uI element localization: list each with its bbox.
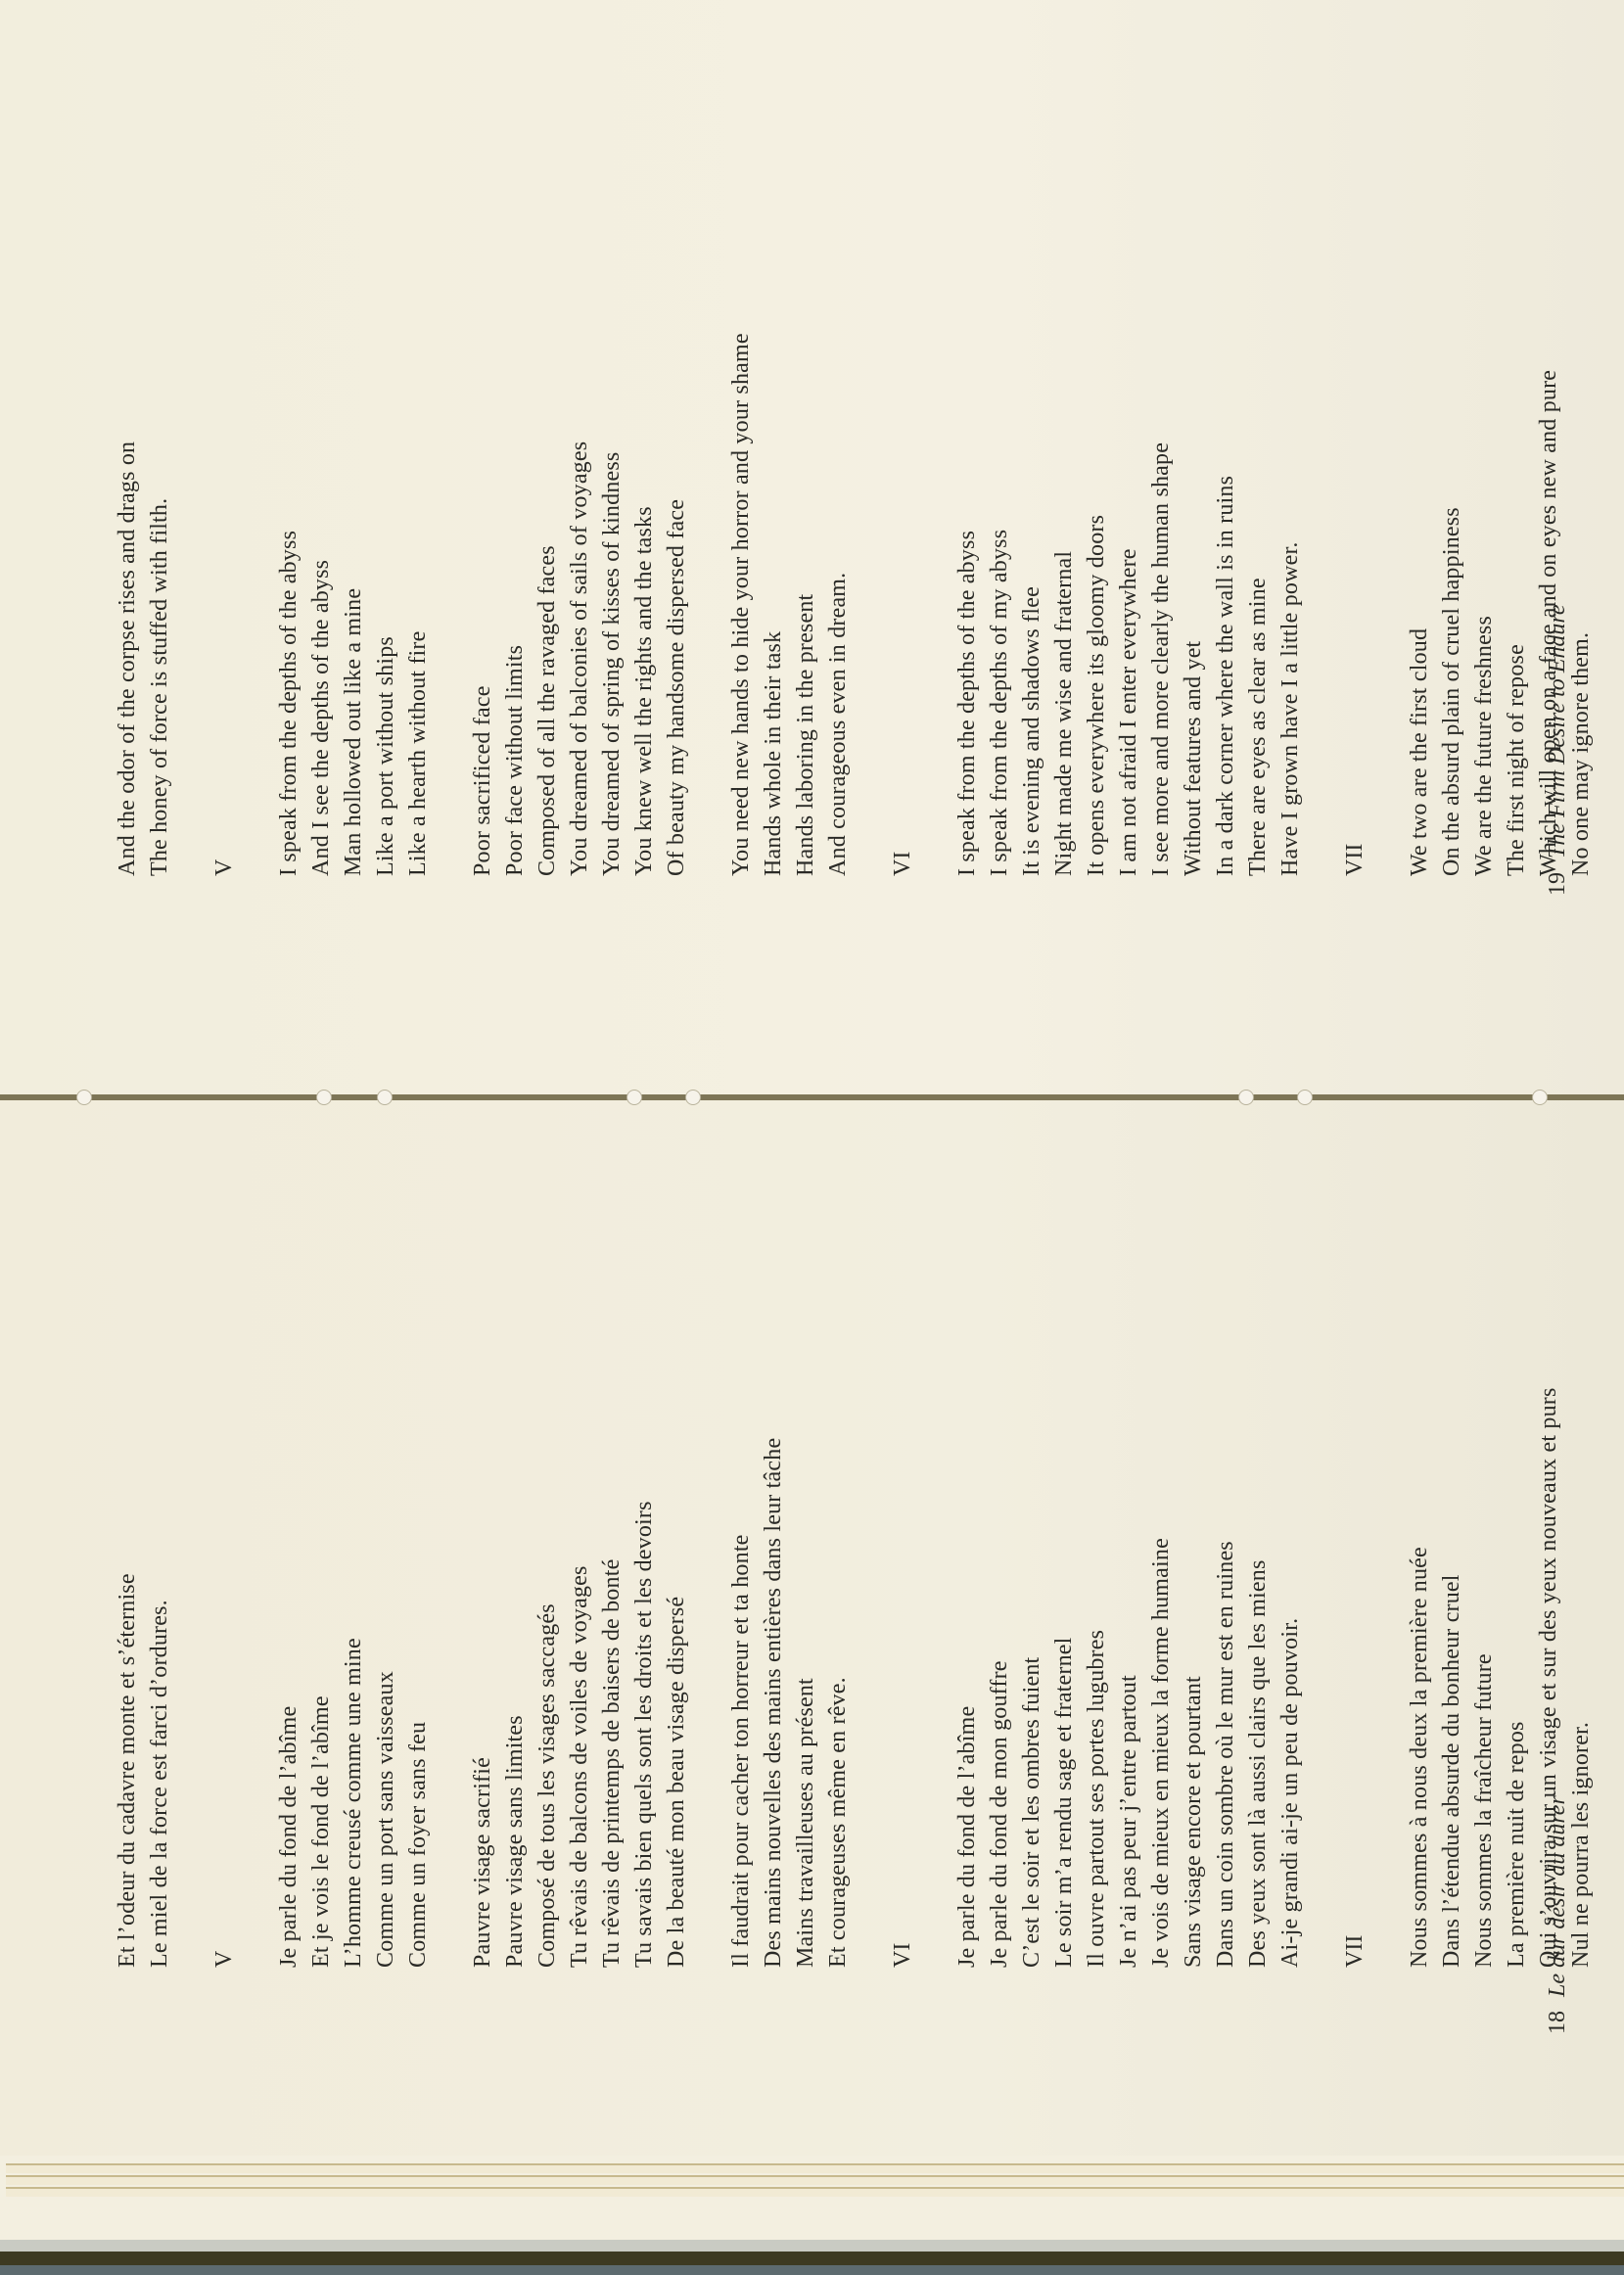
poem-line: Nous sommes la fraîcheur future: [1468, 1387, 1501, 1968]
section-numeral: VII: [1339, 1387, 1371, 1968]
stanza-gap: [855, 333, 887, 876]
page-number: 19: [1545, 872, 1570, 896]
poem-line: It opens everywhere its gloomy doors: [1081, 333, 1113, 876]
poem-line: And I see the depths of the abyss: [305, 333, 338, 876]
stitch-hole: [1238, 1090, 1254, 1105]
book-gutter: [0, 1094, 1624, 1100]
poem-line: Comme un port sans vaisseaux: [370, 1387, 402, 1968]
poem-line: Des mains nouvelles des mains entières d…: [758, 1387, 790, 1968]
poem-line: We two are the first cloud: [1404, 333, 1436, 876]
poem-line: Poor sacrificed face: [467, 333, 499, 876]
stanza-gap: [693, 333, 725, 876]
poem-line: Je parle du fond de l’abîme: [273, 1387, 305, 1968]
english-poem-text: And the odor of the corpse rises and dra…: [112, 333, 1598, 876]
stitch-hole: [1297, 1090, 1313, 1105]
poem-line: Night made me wise and fraternal: [1048, 333, 1081, 876]
poem-line: Il ouvre partout ses portes lugubres: [1081, 1387, 1113, 1968]
poem-line: La première nuit de repos: [1501, 1387, 1533, 1968]
poem-line: Composed of all the ravaged faces: [532, 333, 564, 876]
poem-line: Of beauty my handsome dispersed face: [661, 333, 693, 876]
poem-line: Have I grown have I a little power.: [1275, 333, 1307, 876]
poem-line: De la beauté mon beau visage dispersé: [661, 1387, 693, 1968]
poem-line: Like a hearth without fire: [402, 333, 435, 876]
poem-line: Nous sommes à nous deux la première nuée: [1404, 1387, 1436, 1968]
stitch-hole: [685, 1090, 701, 1105]
poem-line: Pauvre visage sacrifié: [467, 1387, 499, 1968]
stitch-hole: [377, 1090, 393, 1105]
poem-line: Ai-je grandi ai-je un peu de pouvoir.: [1275, 1387, 1307, 1968]
running-title: The Firm Desire to Endure: [1545, 604, 1570, 859]
poem-line: Pauvre visage sans limites: [499, 1387, 532, 1968]
scanner-bed: [0, 2265, 1624, 2275]
poem-line: I speak from the depths of the abyss: [273, 333, 305, 876]
book-cover-edge: [0, 2252, 1624, 2265]
stitch-hole: [1532, 1090, 1548, 1105]
stitch-hole: [76, 1090, 92, 1105]
poem-line: In a dark corner where the wall is in ru…: [1210, 333, 1242, 876]
poem-line: Hands whole in their task: [758, 333, 790, 876]
poem-line: Tu rêvais de printemps de baisers de bon…: [596, 1387, 628, 1968]
poem-line: Without features and yet: [1178, 333, 1210, 876]
section-numeral: VII: [1339, 333, 1371, 876]
section-numeral: VI: [887, 333, 919, 876]
poem-line: Man hollowed out like a mine: [338, 333, 370, 876]
poem-line: Poor face without limits: [499, 333, 532, 876]
poem-line: You dreamed of spring of kisses of kindn…: [596, 333, 628, 876]
stanza-gap: [176, 1387, 209, 1968]
stanza-gap: [435, 333, 467, 876]
stanza-gap: [1307, 1387, 1339, 1968]
stanza-gap: [1307, 333, 1339, 876]
poem-line: Tu savais bien quels sont les droits et …: [628, 1387, 661, 1968]
poem-line: I speak from the depths of the abyss: [951, 333, 984, 876]
poem-line: The first night of repose: [1501, 333, 1533, 876]
section-numeral: V: [209, 1387, 241, 1968]
page-number: 18: [1545, 2011, 1570, 2034]
page-edges: [0, 2156, 1624, 2234]
poem-line: There are eyes as clear as mine: [1242, 333, 1275, 876]
poem-line: Des yeux sont là aussi clairs que les mi…: [1242, 1387, 1275, 1968]
stanza-gap: [1371, 1387, 1404, 1968]
stanza-gap: [241, 1387, 273, 1968]
french-running-footer: 18Le dur désir du durer: [1545, 1795, 1571, 2034]
section-numeral: VI: [887, 1387, 919, 1968]
poem-line: Le soir m’a rendu sage et fraternel: [1048, 1387, 1081, 1968]
stanza-gap: [855, 1387, 887, 1968]
poem-line: C’est le soir et les ombres fuient: [1016, 1387, 1048, 1968]
poem-line: We are the future freshness: [1468, 333, 1501, 876]
scanner-margin: [0, 2240, 1624, 2252]
poem-line: Like a port without ships: [370, 333, 402, 876]
poem-line: And courageous even in dream.: [822, 333, 855, 876]
poem-line: Je parle du fond de mon gouffre: [984, 1387, 1016, 1968]
poem-line: Le miel de la force est farci d’ordures.: [144, 1387, 176, 1968]
poem-line: Comme un foyer sans feu: [402, 1387, 435, 1968]
poem-line: Et je vois le fond de l’abîme: [305, 1387, 338, 1968]
running-title: Le dur désir du durer: [1545, 1795, 1570, 1997]
poem-line: Et l’odeur du cadavre monte et s’éternis…: [112, 1387, 144, 1968]
french-poem-text: Et l’odeur du cadavre monte et s’éternis…: [112, 1387, 1598, 1968]
poem-line: Hands laboring in the present: [790, 333, 822, 876]
poem-line: Je vois de mieux en mieux la forme humai…: [1145, 1387, 1178, 1968]
stanza-gap: [176, 333, 209, 876]
stanza-gap: [241, 333, 273, 876]
stanza-gap: [919, 333, 951, 876]
poem-line: You need new hands to hide your horror a…: [725, 333, 758, 876]
poem-line: Dans l’étendue absurde du bonheur cruel: [1436, 1387, 1468, 1968]
stanza-gap: [435, 1387, 467, 1968]
poem-line: Tu rêvais de balcons de voiles de voyage…: [564, 1387, 596, 1968]
poem-line: You knew well the rights and the tasks: [628, 333, 661, 876]
poem-line: It is evening and shadows flee: [1016, 333, 1048, 876]
poem-line: Dans un coin sombre où le mur est en rui…: [1210, 1387, 1242, 1968]
poem-line: I am not afraid I enter everywhere: [1113, 333, 1145, 876]
poem-line: Et courageuses même en rêve.: [822, 1387, 855, 1968]
stanza-gap: [1371, 333, 1404, 876]
poem-line: Sans visage encore et pourtant: [1178, 1387, 1210, 1968]
poem-line: On the absurd plain of cruel happiness: [1436, 333, 1468, 876]
poem-line: Je parle du fond de l’abîme: [951, 1387, 984, 1968]
poem-line: You dreamed of balconies of sails of voy…: [564, 333, 596, 876]
stanza-gap: [693, 1387, 725, 1968]
poem-line: Composé de tous les visages saccagés: [532, 1387, 564, 1968]
poem-line: Il faudrait pour cacher ton horreur et t…: [725, 1387, 758, 1968]
poem-line: The honey of force is stuffed with filth…: [144, 333, 176, 876]
poem-line: Je n’ai pas peur j’entre partout: [1113, 1387, 1145, 1968]
stanza-gap: [919, 1387, 951, 1968]
poem-line: Mains travailleuses au présent: [790, 1387, 822, 1968]
stitch-hole: [316, 1090, 332, 1105]
poem-line: L’homme creusé comme une mine: [338, 1387, 370, 1968]
poem-line: And the odor of the corpse rises and dra…: [112, 333, 144, 876]
poem-line: I speak from the depths of my abyss: [984, 333, 1016, 876]
stitch-hole: [626, 1090, 642, 1105]
english-running-footer: 19The Firm Desire to Endure: [1545, 604, 1571, 896]
poem-line: I see more and more clearly the human sh…: [1145, 333, 1178, 876]
section-numeral: V: [209, 333, 241, 876]
